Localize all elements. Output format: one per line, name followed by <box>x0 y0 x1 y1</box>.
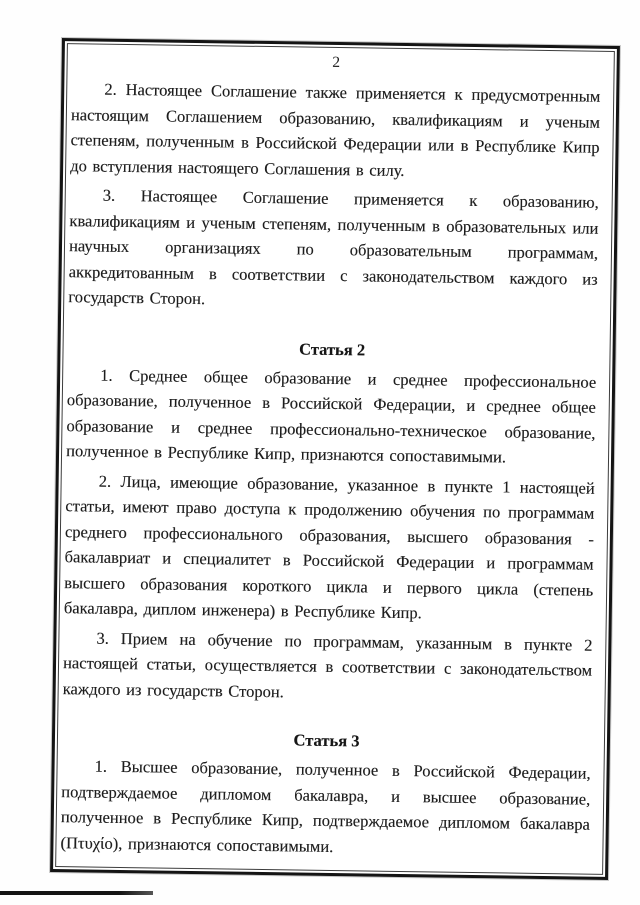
intro-paragraph-2: 2. Настоящее Соглашение также применяетс… <box>70 76 600 186</box>
article-3-heading: Статья 3 <box>62 724 591 757</box>
intro-paragraph-3: 3. Настоящее Соглашение применяется к об… <box>68 182 599 317</box>
page-number: 2 <box>72 48 601 78</box>
scanned-page: 2 2. Настоящее Соглашение также применяе… <box>0 0 640 905</box>
article-3-paragraph-1: 1. Высшее образование, полученное в Росс… <box>60 753 590 863</box>
article-2-paragraph-3: 3. Прием на обучение по программам, указ… <box>63 625 593 709</box>
document-inner-border: 2 2. Настоящее Соглашение также применяе… <box>55 43 615 875</box>
document-frame: 2 2. Настоящее Соглашение также применяе… <box>50 38 620 880</box>
article-2-paragraph-1: 1. Среднее общее образование и среднее п… <box>66 362 596 472</box>
article-2-paragraph-2: 2. Лица, имеющие образование, указанное … <box>64 468 595 629</box>
article-2-heading: Статья 2 <box>67 333 596 366</box>
scan-artifact-line <box>0 891 153 895</box>
